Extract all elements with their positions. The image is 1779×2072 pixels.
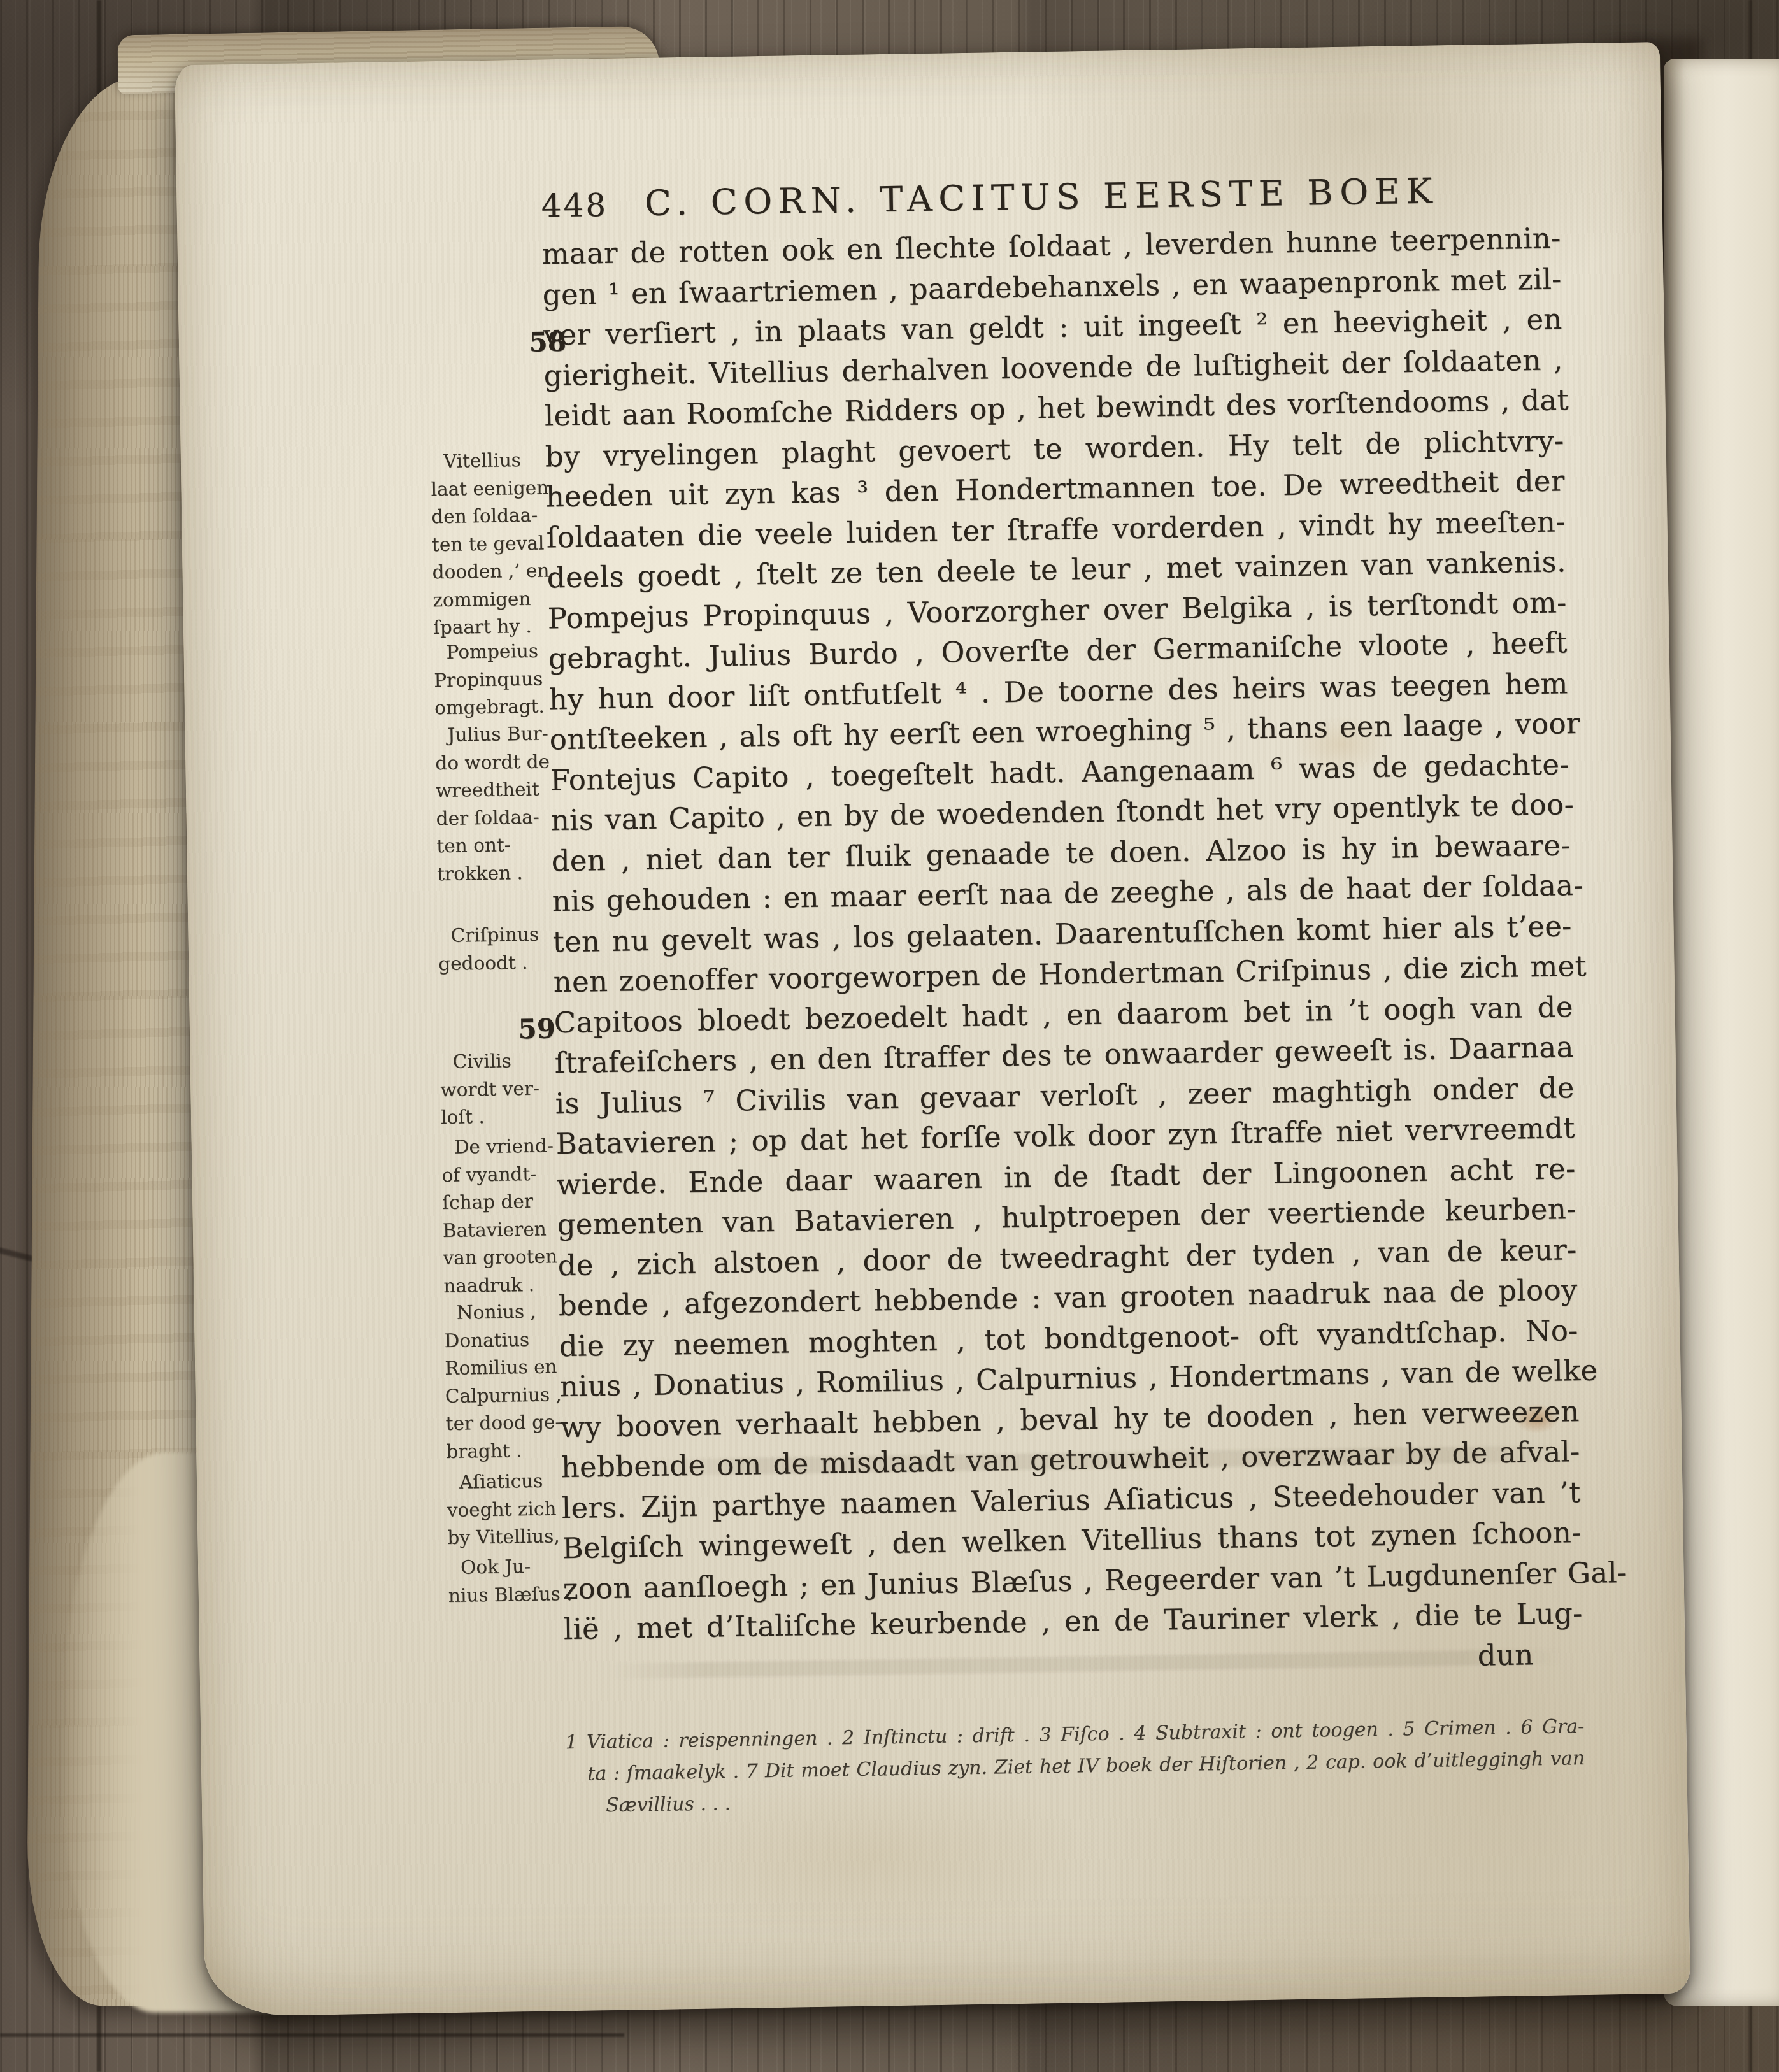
- section-number-59: 59: [518, 1015, 555, 1043]
- wood-plank-seam: [0, 2033, 624, 2037]
- running-header-title: C. CORN. TACITUS EERSTE BOEK: [645, 170, 1439, 224]
- book-page: 58 Vitellius laat eenigen den ſoldaa- te…: [175, 42, 1690, 2017]
- main-text-column: 448 C. CORN. TACITUS EERSTE BOEK maar de…: [541, 168, 1585, 1822]
- footnotes-block: 1 Viatica : reispenningen . 2 Inſtinctu …: [565, 1711, 1585, 1822]
- page-number: 448: [541, 187, 608, 225]
- body-text: maar de rotten ook en ſlechte ſoldaat , …: [541, 218, 1583, 1690]
